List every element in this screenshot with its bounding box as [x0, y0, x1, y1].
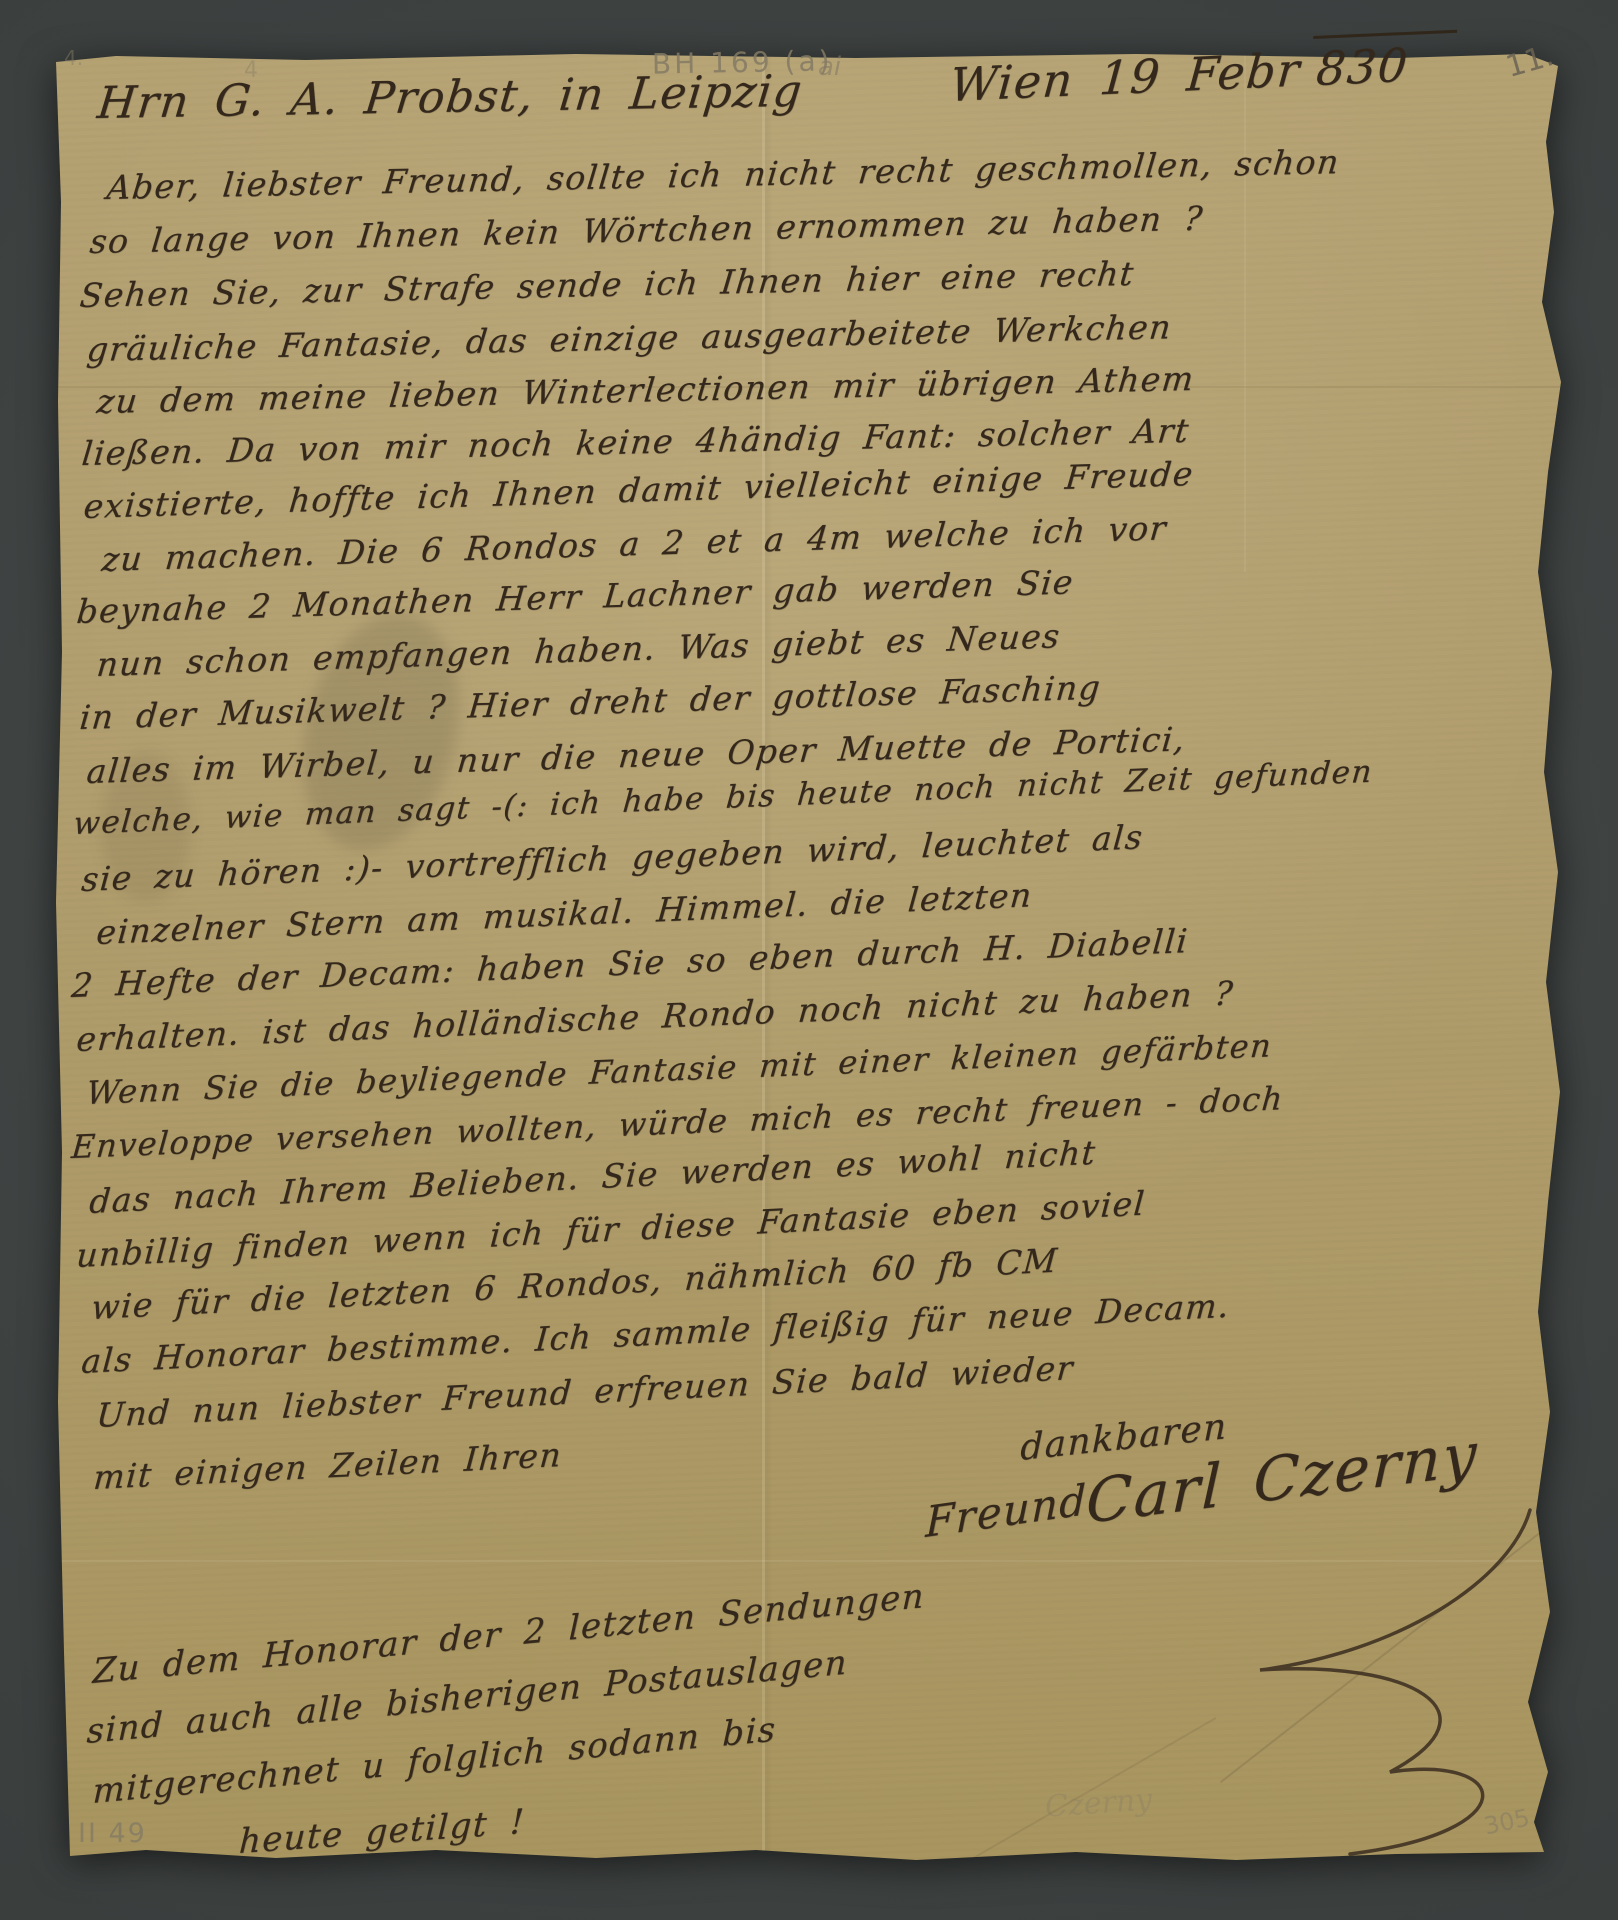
fold-crease-vertical-right — [1244, 52, 1246, 572]
photo-background: 4. 4 BH 169 (a) ai 11. Hrn G. A. Probst,… — [0, 0, 1618, 1920]
bottom-left-code: II 49 — [78, 1818, 147, 1849]
dateline-year: 830 — [1308, 30, 1457, 97]
corner-pencil-mark: 4. — [64, 46, 83, 70]
bottom-pencil-name: Czerny — [1044, 1782, 1153, 1824]
pencil-note-ai: ai — [818, 52, 841, 82]
